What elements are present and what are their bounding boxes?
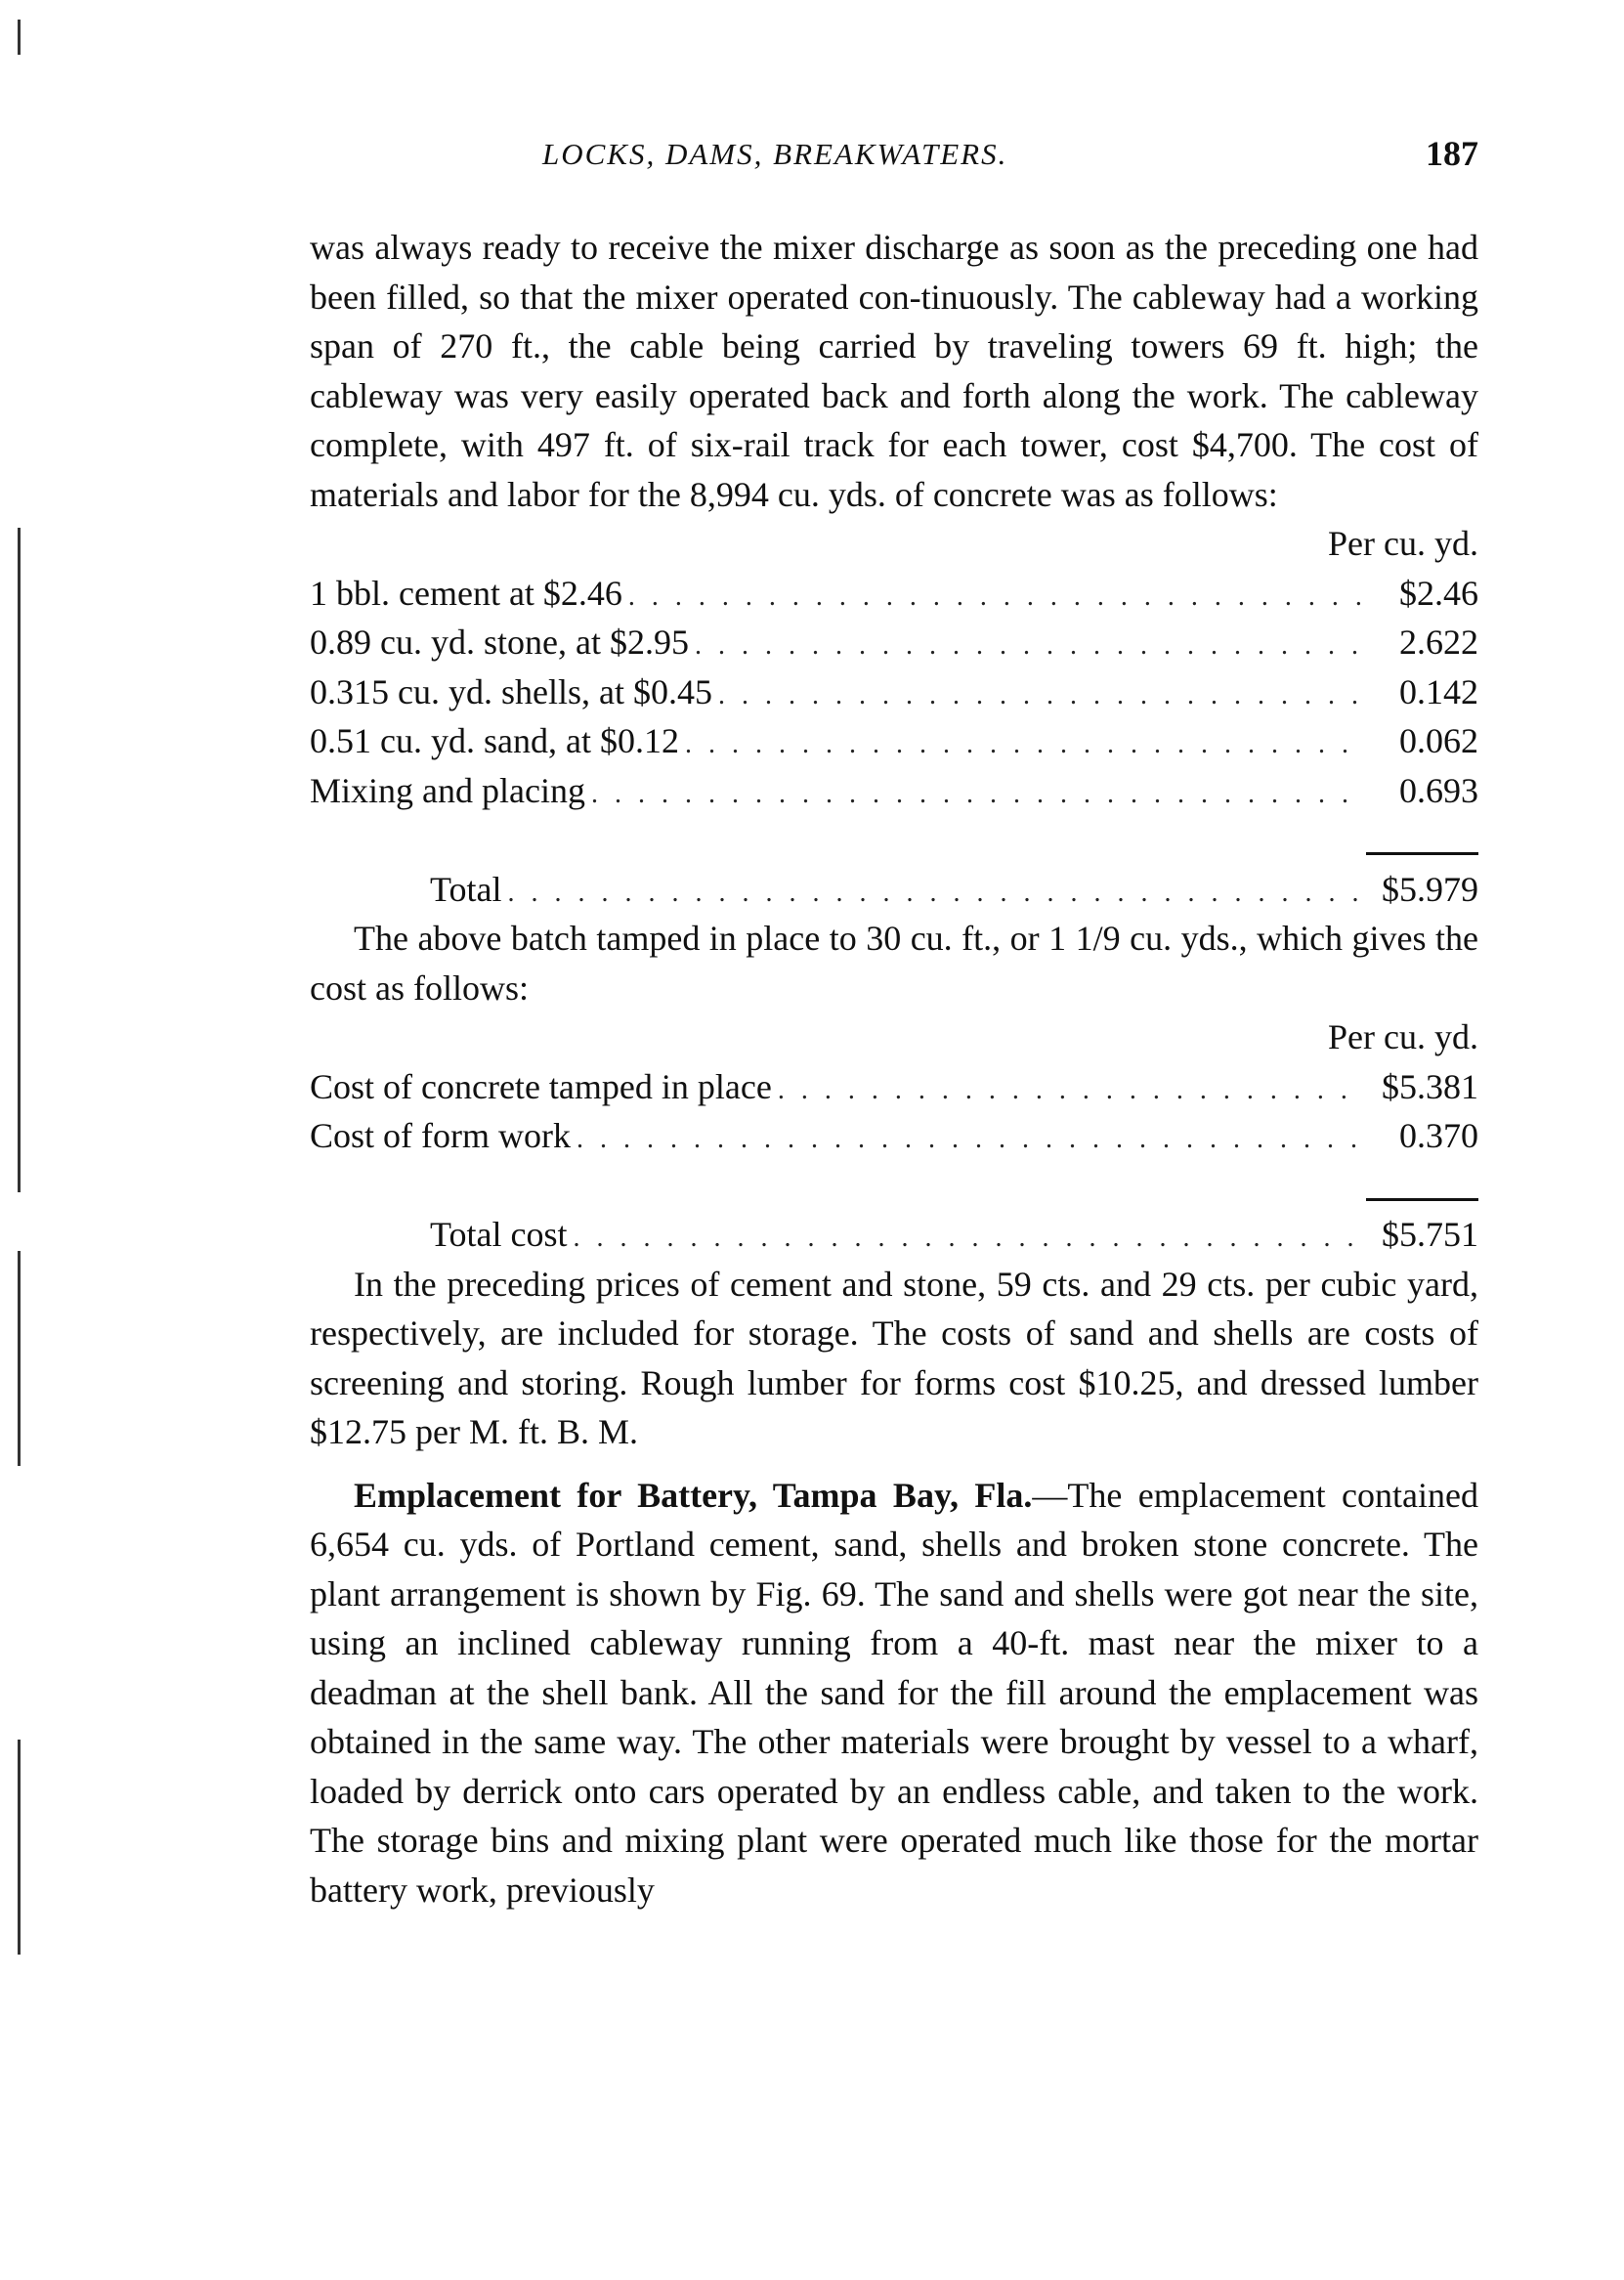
divider (1366, 1198, 1478, 1201)
page-body: was always ready to receive the mixer di… (310, 223, 1478, 1914)
table-row: 0.89 cu. yd. stone, at $2.95 2.622 (310, 618, 1478, 667)
row-label: 0.315 cu. yd. shells, at $0.45 (310, 667, 712, 717)
table-row: 0.315 cu. yd. shells, at $0.45 0.142 (310, 667, 1478, 717)
paragraph-storage-prices: In the preceding prices of cement and st… (310, 1260, 1478, 1457)
scan-artifact (18, 20, 21, 55)
dot-leader (577, 1115, 1365, 1165)
dot-leader (573, 1214, 1365, 1264)
dot-leader (685, 720, 1365, 770)
running-title: LOCKS, DAMS, BREAKWATERS. (542, 137, 1007, 172)
table-row: Mixing and placing 0.693 (310, 766, 1478, 816)
running-head: LOCKS, DAMS, BREAKWATERS. 187 (310, 137, 1478, 186)
total-value: $5.751 (1371, 1210, 1478, 1260)
paragraph-gap (310, 1457, 1478, 1471)
table-total-row: Total cost $5.751 (310, 1210, 1478, 1260)
table1-column-header: Per cu. yd. (310, 519, 1478, 569)
row-label: Cost of form work (310, 1111, 571, 1161)
dot-leader (591, 770, 1365, 820)
row-label: 0.89 cu. yd. stone, at $2.95 (310, 618, 689, 667)
row-value: 2.622 (1371, 618, 1478, 667)
table-row: Cost of form work 0.370 (310, 1111, 1478, 1161)
row-label: Mixing and placing (310, 766, 585, 816)
section-heading: Emplacement for Battery, Tampa Bay, Fla. (354, 1476, 1032, 1515)
dot-leader (628, 573, 1365, 623)
materials-cost-table: Per cu. yd. 1 bbl. cement at $2.46 $2.46… (310, 519, 1478, 914)
row-label: 0.51 cu. yd. sand, at $0.12 (310, 716, 679, 766)
divider (1366, 852, 1478, 855)
table2-column-header: Per cu. yd. (310, 1012, 1478, 1062)
row-value: 0.693 (1371, 766, 1478, 816)
row-label: Cost of concrete tamped in place (310, 1062, 772, 1112)
scan-artifact (18, 1251, 21, 1466)
section-text: The emplacement contained 6,654 cu. yds.… (310, 1476, 1478, 1910)
dot-leader (507, 869, 1365, 919)
row-value: 0.370 (1371, 1111, 1478, 1161)
table-row: 0.51 cu. yd. sand, at $0.12 0.062 (310, 716, 1478, 766)
paragraph-tamped-batch: The above batch tamped in place to 30 cu… (310, 914, 1478, 1012)
row-value: $2.46 (1371, 569, 1478, 619)
dot-leader (778, 1066, 1365, 1116)
paragraph-tampa-bay: Emplacement for Battery, Tampa Bay, Fla.… (310, 1471, 1478, 1915)
total-label: Total (310, 865, 501, 915)
sum-rule (310, 1161, 1478, 1211)
scan-artifact (18, 1740, 21, 1955)
page-number: 187 (1426, 133, 1478, 174)
row-value: $5.381 (1371, 1062, 1478, 1112)
total-value: $5.979 (1371, 865, 1478, 915)
em-dash: — (1032, 1476, 1067, 1515)
tamped-cost-table: Per cu. yd. Cost of concrete tamped in p… (310, 1012, 1478, 1260)
row-value: 0.062 (1371, 716, 1478, 766)
row-value: 0.142 (1371, 667, 1478, 717)
table-row: 1 bbl. cement at $2.46 $2.46 (310, 569, 1478, 619)
paragraph-cableway: was always ready to receive the mixer di… (310, 223, 1478, 519)
scan-artifact (18, 528, 21, 1192)
row-label: 1 bbl. cement at $2.46 (310, 569, 622, 619)
table-total-row: Total $5.979 (310, 865, 1478, 915)
total-label: Total cost (310, 1210, 567, 1260)
dot-leader (695, 622, 1365, 671)
dot-leader (718, 671, 1365, 721)
sum-rule (310, 815, 1478, 865)
table-row: Cost of concrete tamped in place $5.381 (310, 1062, 1478, 1112)
